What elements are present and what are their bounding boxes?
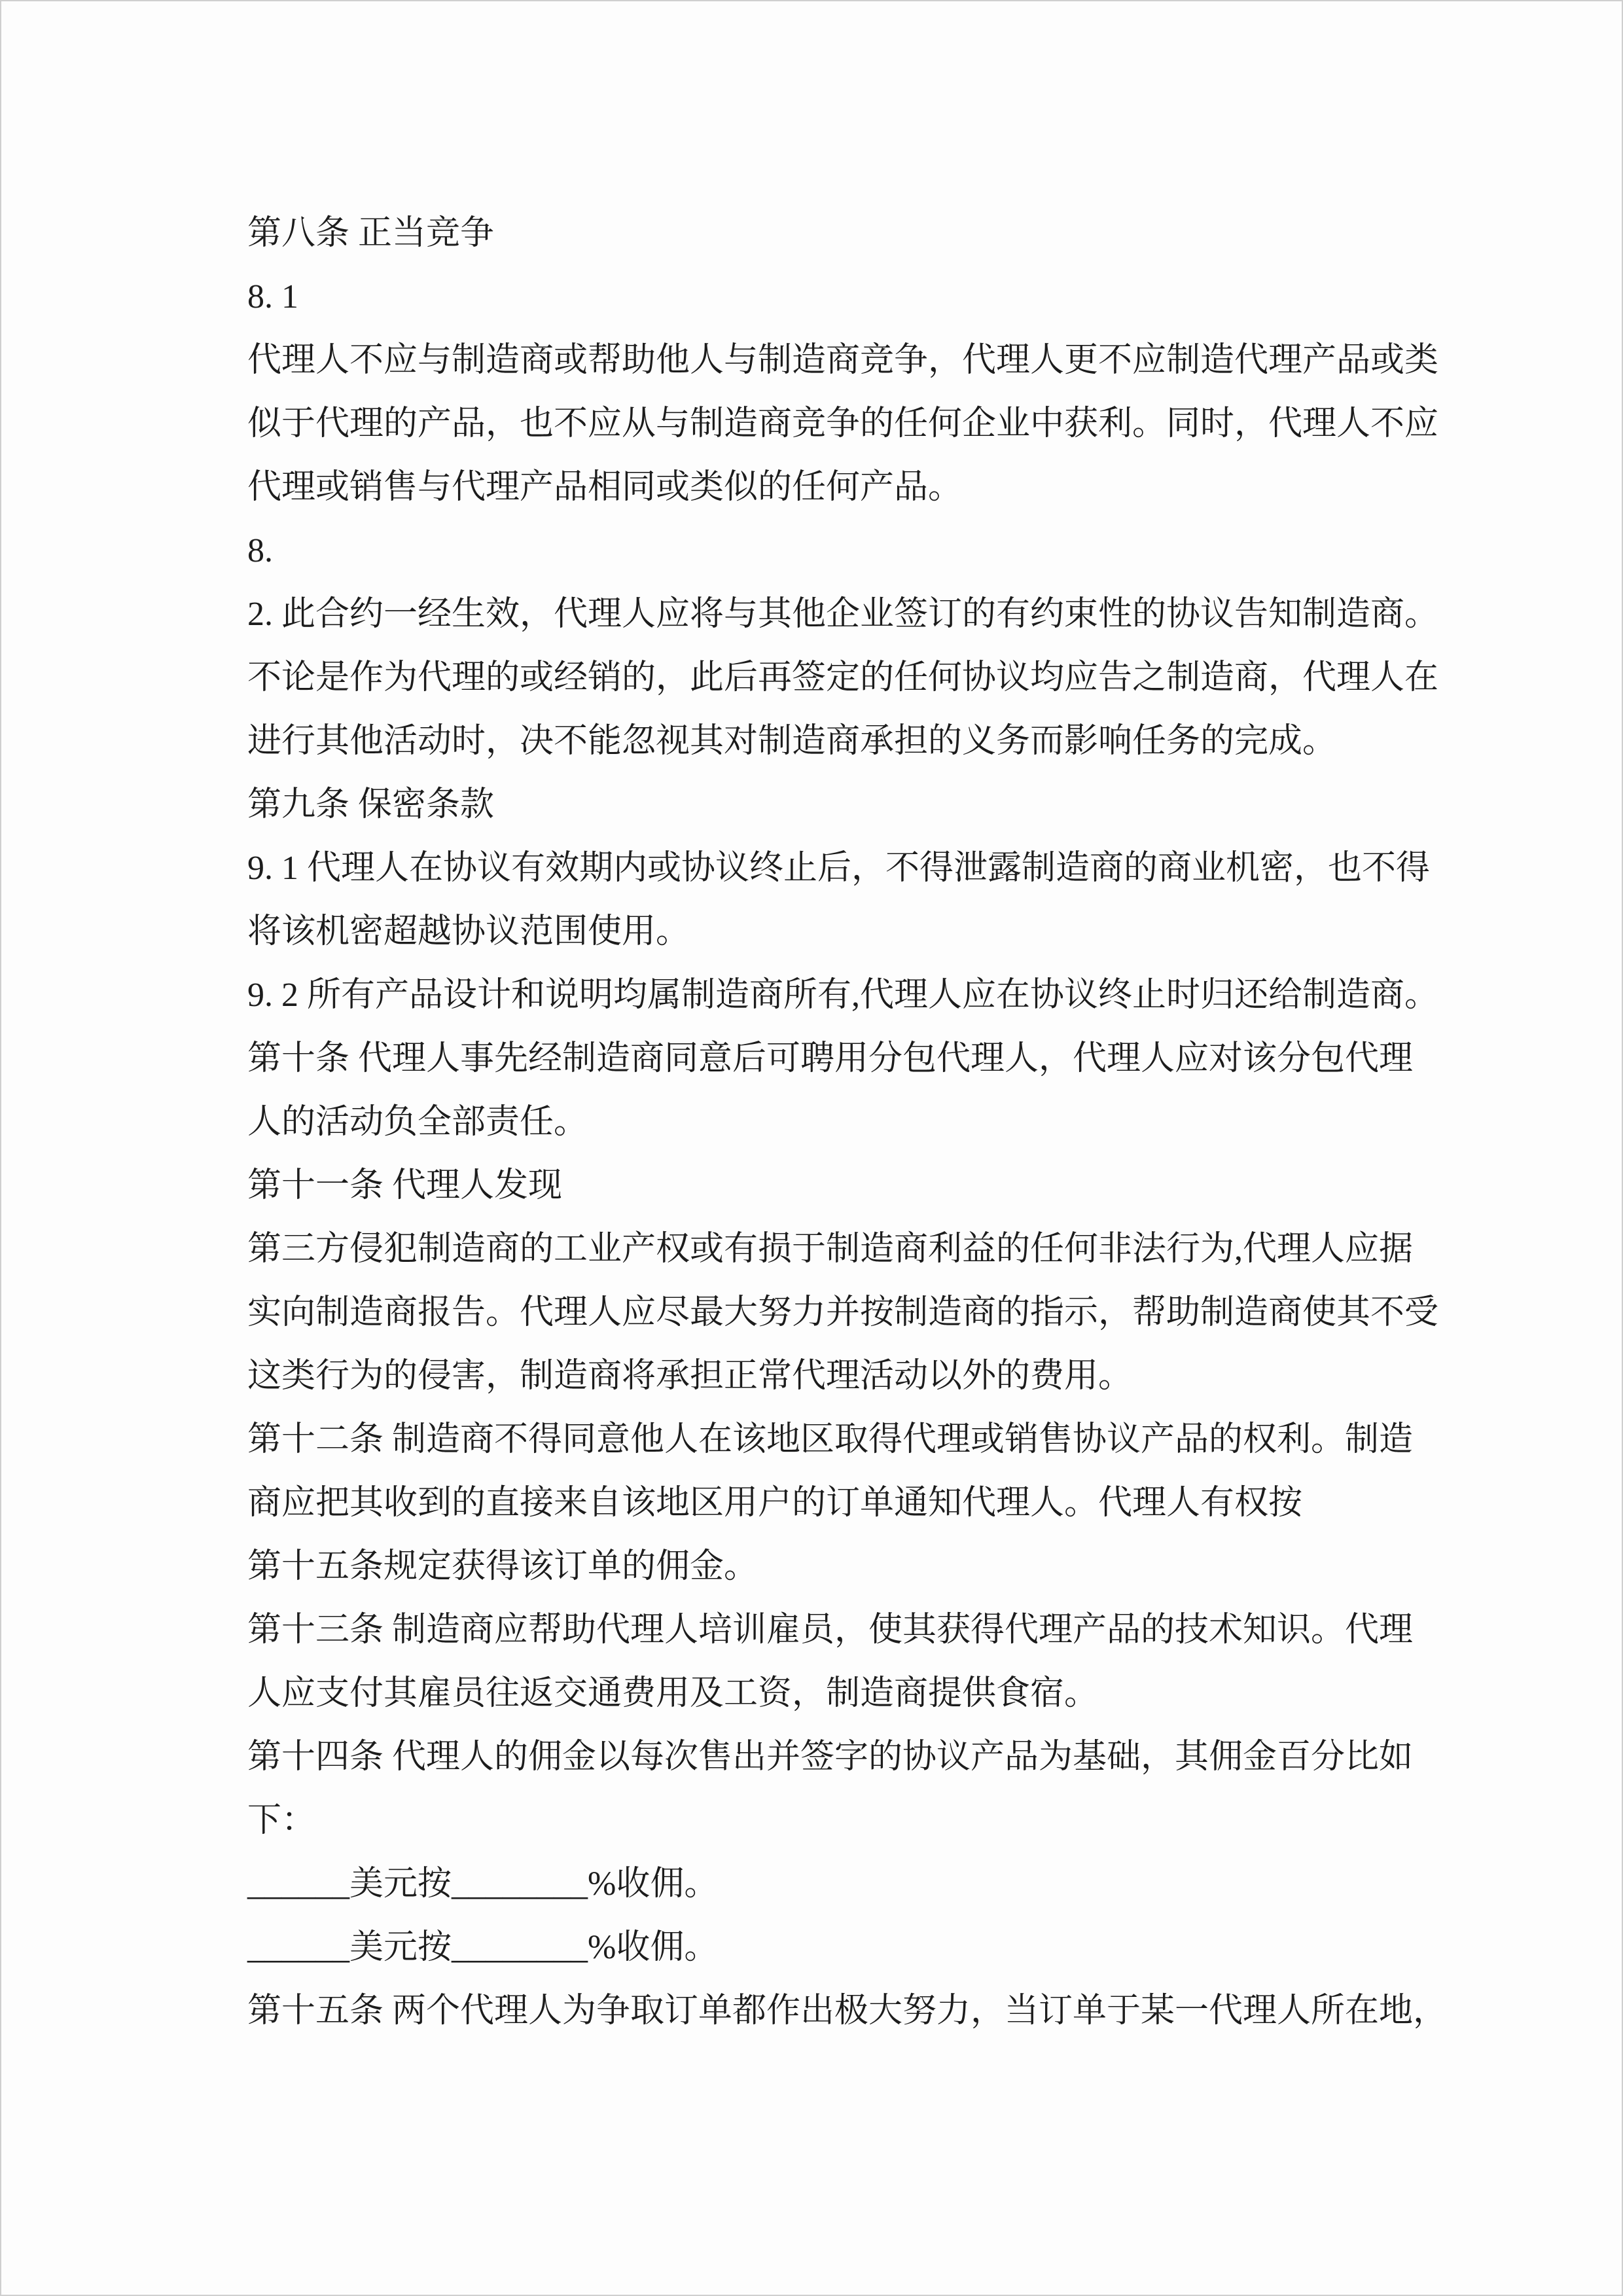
- document-line: 2. 此合约一经生效，代理人应将与其他企业签订的有约束性的协议告知制造商。: [247, 583, 1465, 646]
- document-line: 将该机密超越协议范围使用。: [247, 900, 1465, 963]
- document-line: 不论是作为代理的或经销的，此后再签定的任何协议均应告之制造商，代理人在: [247, 646, 1465, 709]
- document-line: 第十二条 制造商不得同意他人在该地区取得代理或销售协议产品的权利。制造: [247, 1408, 1465, 1471]
- document-line: 实向制造商报告。代理人应尽最大努力并按制造商的指示，帮助制造商使其不受: [247, 1281, 1465, 1344]
- document-line: 9. 2 所有产品设计和说明均属制造商所有,代理人应在协议终止时归还给制造商。: [247, 963, 1465, 1027]
- document-line: 8.: [247, 519, 1465, 583]
- document-line: 第十三条 制造商应帮助代理人培训雇员，使其获得代理产品的技术知识。代理: [247, 1598, 1465, 1662]
- document-line: 9. 1 代理人在协议有效期内或协议终止后，不得泄露制造商的商业机密，也不得: [247, 836, 1465, 900]
- document-line: 代理或销售与代理产品相同或类似的任何产品。: [247, 456, 1465, 519]
- document-line: ______美元按________%收佣。: [247, 1852, 1465, 1916]
- document-line: ______美元按________%收佣。: [247, 1916, 1465, 1979]
- document-page: 第八条 正当竞争8. 1代理人不应与制造商或帮助他人与制造商竞争，代理人更不应制…: [0, 0, 1623, 2296]
- document-line: 似于代理的产品，也不应从与制造商竞争的任何企业中获利。同时，代理人不应: [247, 392, 1465, 456]
- document-line: 第九条 保密条款: [247, 773, 1465, 836]
- document-line: 第十五条规定获得该订单的佣金。: [247, 1535, 1465, 1598]
- document-line: 下：: [247, 1789, 1465, 1852]
- document-line: 第十条 代理人事先经制造商同意后可聘用分包代理人，代理人应对该分包代理: [247, 1027, 1465, 1090]
- document-line: 第十四条 代理人的佣金以每次售出并签字的协议产品为基础，其佣金百分比如: [247, 1725, 1465, 1789]
- document-line: 第三方侵犯制造商的工业产权或有损于制造商利益的任何非法行为,代理人应据: [247, 1217, 1465, 1281]
- document-line: 第十一条 代理人发现: [247, 1154, 1465, 1217]
- document-line: 8. 1: [247, 265, 1465, 329]
- document-line: 人应支付其雇员往返交通费用及工资，制造商提供食宿。: [247, 1662, 1465, 1725]
- document-line: 这类行为的侵害，制造商将承担正常代理活动以外的费用。: [247, 1344, 1465, 1408]
- document-line: 第十五条 两个代理人为争取订单都作出极大努力，当订单于某一代理人所在地，: [247, 1979, 1465, 2043]
- document-line: 进行其他活动时，决不能忽视其对制造商承担的义务而影响任务的完成。: [247, 709, 1465, 773]
- document-line: 商应把其收到的直接来自该地区用户的订单通知代理人。代理人有权按: [247, 1471, 1465, 1535]
- document-line: 人的活动负全部责任。: [247, 1090, 1465, 1154]
- document-line: 第八条 正当竞争: [247, 202, 1465, 265]
- document-text: 第八条 正当竞争8. 1代理人不应与制造商或帮助他人与制造商竞争，代理人更不应制…: [247, 202, 1465, 2043]
- document-line: 代理人不应与制造商或帮助他人与制造商竞争，代理人更不应制造代理产品或类: [247, 329, 1465, 392]
